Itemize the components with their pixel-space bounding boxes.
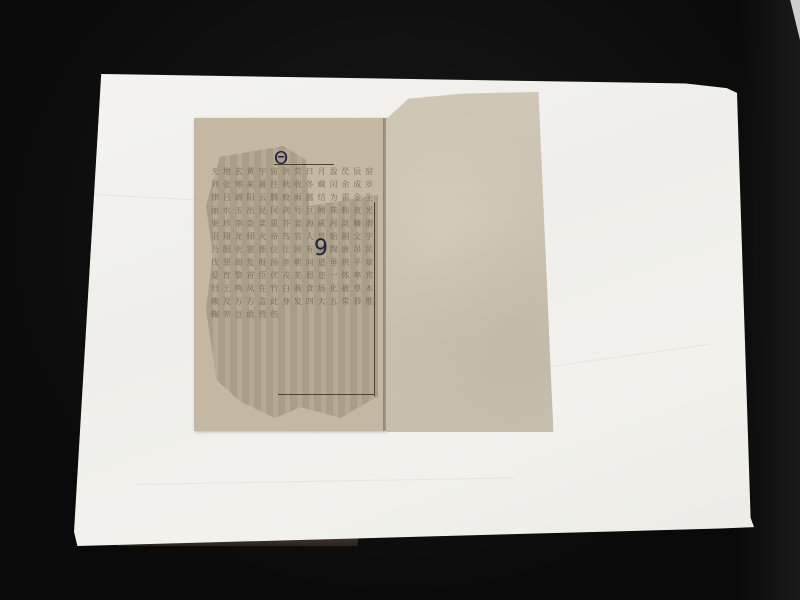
printed-glyph: 珍: [222, 218, 232, 230]
printed-glyph: 赖: [210, 296, 220, 308]
printed-glyph: 露: [305, 192, 315, 204]
printed-glyph: 张: [222, 179, 232, 191]
printed-glyph: 黎: [234, 270, 244, 282]
printed-glyph: 木: [364, 283, 374, 295]
printed-glyph: 四: [305, 296, 315, 308]
printed-glyph: 岂: [234, 309, 244, 321]
printed-glyph: 常: [340, 296, 350, 308]
printed-glyph: 云: [257, 192, 267, 204]
printed-glyph: 火: [257, 231, 267, 243]
printed-glyph: 率: [352, 270, 362, 282]
printed-glyph: 白: [281, 283, 291, 295]
printed-glyph: 五: [329, 296, 339, 308]
printed-glyph: 李: [234, 218, 244, 230]
printed-glyph: 凤: [246, 283, 256, 295]
printed-glyph: 阳: [246, 192, 256, 204]
printed-glyph: 敢: [246, 309, 256, 321]
printed-glyph: 章: [364, 257, 374, 269]
printed-glyph: 收: [293, 179, 303, 191]
printed-glyph: 草: [352, 283, 362, 295]
printed-glyph: 月: [317, 166, 327, 178]
printed-glyph: 律: [210, 192, 220, 204]
printed-glyph: 宿: [364, 166, 374, 178]
pencil-page-number: 9: [314, 236, 328, 261]
printed-glyph: 被: [340, 283, 350, 295]
printed-glyph: 列: [210, 179, 220, 191]
printed-glyph: 岁: [364, 179, 374, 191]
printed-glyph: 乃: [210, 244, 220, 256]
printed-glyph: 衣: [234, 244, 244, 256]
printed-glyph: 号: [293, 205, 303, 217]
printed-glyph: 陶: [329, 244, 339, 256]
printed-glyph: 鸣: [234, 283, 244, 295]
printed-glyph: 致: [281, 192, 291, 204]
printed-glyph: 盖: [257, 296, 267, 308]
printed-glyph: 光: [364, 205, 374, 217]
printed-glyph: 制: [340, 231, 350, 243]
printed-glyph: 民: [364, 244, 374, 256]
printed-glyph: 坐: [281, 257, 291, 269]
printed-glyph: 辰: [352, 166, 362, 178]
printed-glyph: 夜: [352, 205, 362, 217]
printed-glyph: 裳: [246, 244, 256, 256]
printed-glyph: 芥: [281, 218, 291, 230]
printed-glyph: 万: [234, 296, 244, 308]
printed-glyph: 昃: [340, 166, 350, 178]
printed-glyph: 河: [329, 218, 339, 230]
printed-glyph: 翔: [222, 231, 232, 243]
printed-glyph: 羽: [210, 231, 220, 243]
printed-glyph: 汤: [269, 257, 279, 269]
printed-glyph: 首: [246, 270, 256, 282]
printed-glyph: 羌: [293, 270, 303, 282]
printed-glyph: 毁: [257, 309, 267, 321]
printed-glyph: 丽: [210, 205, 220, 217]
printed-glyph: 水: [222, 205, 232, 217]
printed-glyph: 结: [317, 192, 327, 204]
printed-glyph: 服: [222, 244, 232, 256]
printed-glyph: 调: [234, 192, 244, 204]
printed-glyph: 暑: [257, 179, 267, 191]
printed-glyph: 吕: [222, 192, 232, 204]
printed-glyph: 恭: [352, 296, 362, 308]
printed-glyph: 宾: [364, 270, 374, 282]
printed-glyph: 地: [222, 166, 232, 178]
printed-glyph: 惟: [364, 296, 374, 308]
printed-glyph: 臣: [257, 270, 267, 282]
printed-glyph: 出: [246, 205, 256, 217]
printed-glyph: 金: [352, 192, 362, 204]
printed-glyph: 师: [246, 231, 256, 243]
printed-glyph: 藏: [317, 179, 327, 191]
printed-glyph: 食: [305, 283, 315, 295]
left-book-page: 天地玄黄宇宙洪荒日月盈昃辰宿列张寒来暑往秋收冬藏闰余成岁律吕调阳云腾致雨露结为霜…: [194, 118, 386, 431]
printed-glyph: 爱: [210, 270, 220, 282]
printed-glyph: 巨: [305, 205, 315, 217]
printed-text-columns: 天地玄黄宇宙洪荒日月盈昃辰宿列张寒来暑往秋收冬藏闰余成岁律吕调阳云腾致雨露结为霜…: [210, 166, 374, 406]
printed-glyph: 海: [305, 218, 315, 230]
printed-glyph: 阙: [317, 205, 327, 217]
printed-glyph: 位: [269, 244, 279, 256]
printed-glyph: 天: [210, 166, 220, 178]
printed-glyph: 平: [352, 257, 362, 269]
printed-glyph: 迩: [317, 270, 327, 282]
printed-glyph: 驹: [293, 283, 303, 295]
printed-glyph: 大: [317, 296, 327, 308]
printed-glyph: 殷: [257, 257, 267, 269]
printed-glyph: 黄: [246, 166, 256, 178]
printed-glyph: 冬: [305, 179, 315, 191]
printed-glyph: 体: [340, 270, 350, 282]
printed-glyph: 鳞: [352, 218, 362, 230]
printed-glyph: 潜: [364, 218, 374, 230]
printed-glyph: 冈: [269, 205, 279, 217]
printed-glyph: 称: [340, 205, 350, 217]
printed-glyph: 果: [210, 218, 220, 230]
printed-glyph: 雨: [293, 192, 303, 204]
printed-glyph: 周: [234, 257, 244, 269]
printed-glyph: 育: [222, 270, 232, 282]
printed-glyph: 闰: [329, 179, 339, 191]
printed-glyph: 罪: [222, 257, 232, 269]
printed-glyph: 遐: [305, 270, 315, 282]
paper-wrinkle: [134, 477, 514, 485]
printed-glyph: 姜: [293, 218, 303, 230]
printed-glyph: 荒: [293, 166, 303, 178]
printed-glyph: 余: [340, 179, 350, 191]
printed-glyph: 伤: [269, 309, 279, 321]
printed-glyph: 竹: [269, 283, 279, 295]
print-frame-line: [278, 394, 374, 395]
printed-glyph: 伐: [210, 257, 220, 269]
printed-glyph: 方: [246, 296, 256, 308]
printed-glyph: 及: [222, 296, 232, 308]
printed-glyph: 宇: [257, 166, 267, 178]
printed-glyph: 文: [352, 231, 362, 243]
printed-glyph: 帝: [269, 231, 279, 243]
printed-glyph: 一: [329, 270, 339, 282]
printed-glyph: 身: [281, 296, 291, 308]
printed-glyph: 拱: [340, 257, 350, 269]
printed-glyph: 剑: [281, 205, 291, 217]
printed-glyph: 归: [210, 283, 220, 295]
printed-glyph: 腾: [269, 192, 279, 204]
printed-glyph: 生: [364, 192, 374, 204]
printed-glyph: 吊: [352, 244, 362, 256]
printed-glyph: 玉: [234, 205, 244, 217]
printed-glyph: 霜: [340, 192, 350, 204]
printed-glyph: 字: [364, 231, 374, 243]
printed-glyph: 伏: [269, 270, 279, 282]
printed-glyph: 化: [329, 283, 339, 295]
ink-annotation-mark: Θ: [274, 148, 288, 169]
printed-glyph: 珠: [329, 205, 339, 217]
printed-glyph: 国: [293, 244, 303, 256]
print-frame-line: [374, 202, 375, 396]
printed-glyph: 柰: [246, 218, 256, 230]
printed-glyph: 为: [329, 192, 339, 204]
printed-glyph: 垂: [329, 257, 339, 269]
printed-glyph: 重: [269, 218, 279, 230]
printed-glyph: 发: [293, 296, 303, 308]
printed-glyph: 日: [305, 166, 315, 178]
printed-glyph: 淡: [340, 218, 350, 230]
printed-glyph: 往: [269, 179, 279, 191]
printed-glyph: 官: [293, 231, 303, 243]
printed-glyph: 鞠: [210, 309, 220, 321]
printed-glyph: 秋: [281, 179, 291, 191]
printed-glyph: 盈: [329, 166, 339, 178]
printed-glyph: 咸: [317, 218, 327, 230]
printed-glyph: 成: [352, 179, 362, 191]
printed-glyph: 养: [222, 309, 232, 321]
printed-glyph: 玄: [234, 166, 244, 178]
printed-glyph: 鸟: [281, 231, 291, 243]
printed-glyph: 龙: [234, 231, 244, 243]
printed-glyph: 唐: [340, 244, 350, 256]
printed-glyph: 发: [246, 257, 256, 269]
printed-glyph: 场: [317, 283, 327, 295]
printed-glyph: 寒: [234, 179, 244, 191]
printed-glyph: 王: [222, 283, 232, 295]
printed-glyph: 此: [269, 296, 279, 308]
printed-glyph: 在: [257, 283, 267, 295]
printed-glyph: 始: [329, 231, 339, 243]
printed-glyph: 推: [257, 244, 267, 256]
printed-glyph: 来: [246, 179, 256, 191]
printed-glyph: 昆: [257, 205, 267, 217]
printed-glyph: 朝: [293, 257, 303, 269]
printed-glyph: 让: [281, 244, 291, 256]
printed-glyph: 戎: [281, 270, 291, 282]
printed-glyph: 菜: [257, 218, 267, 230]
